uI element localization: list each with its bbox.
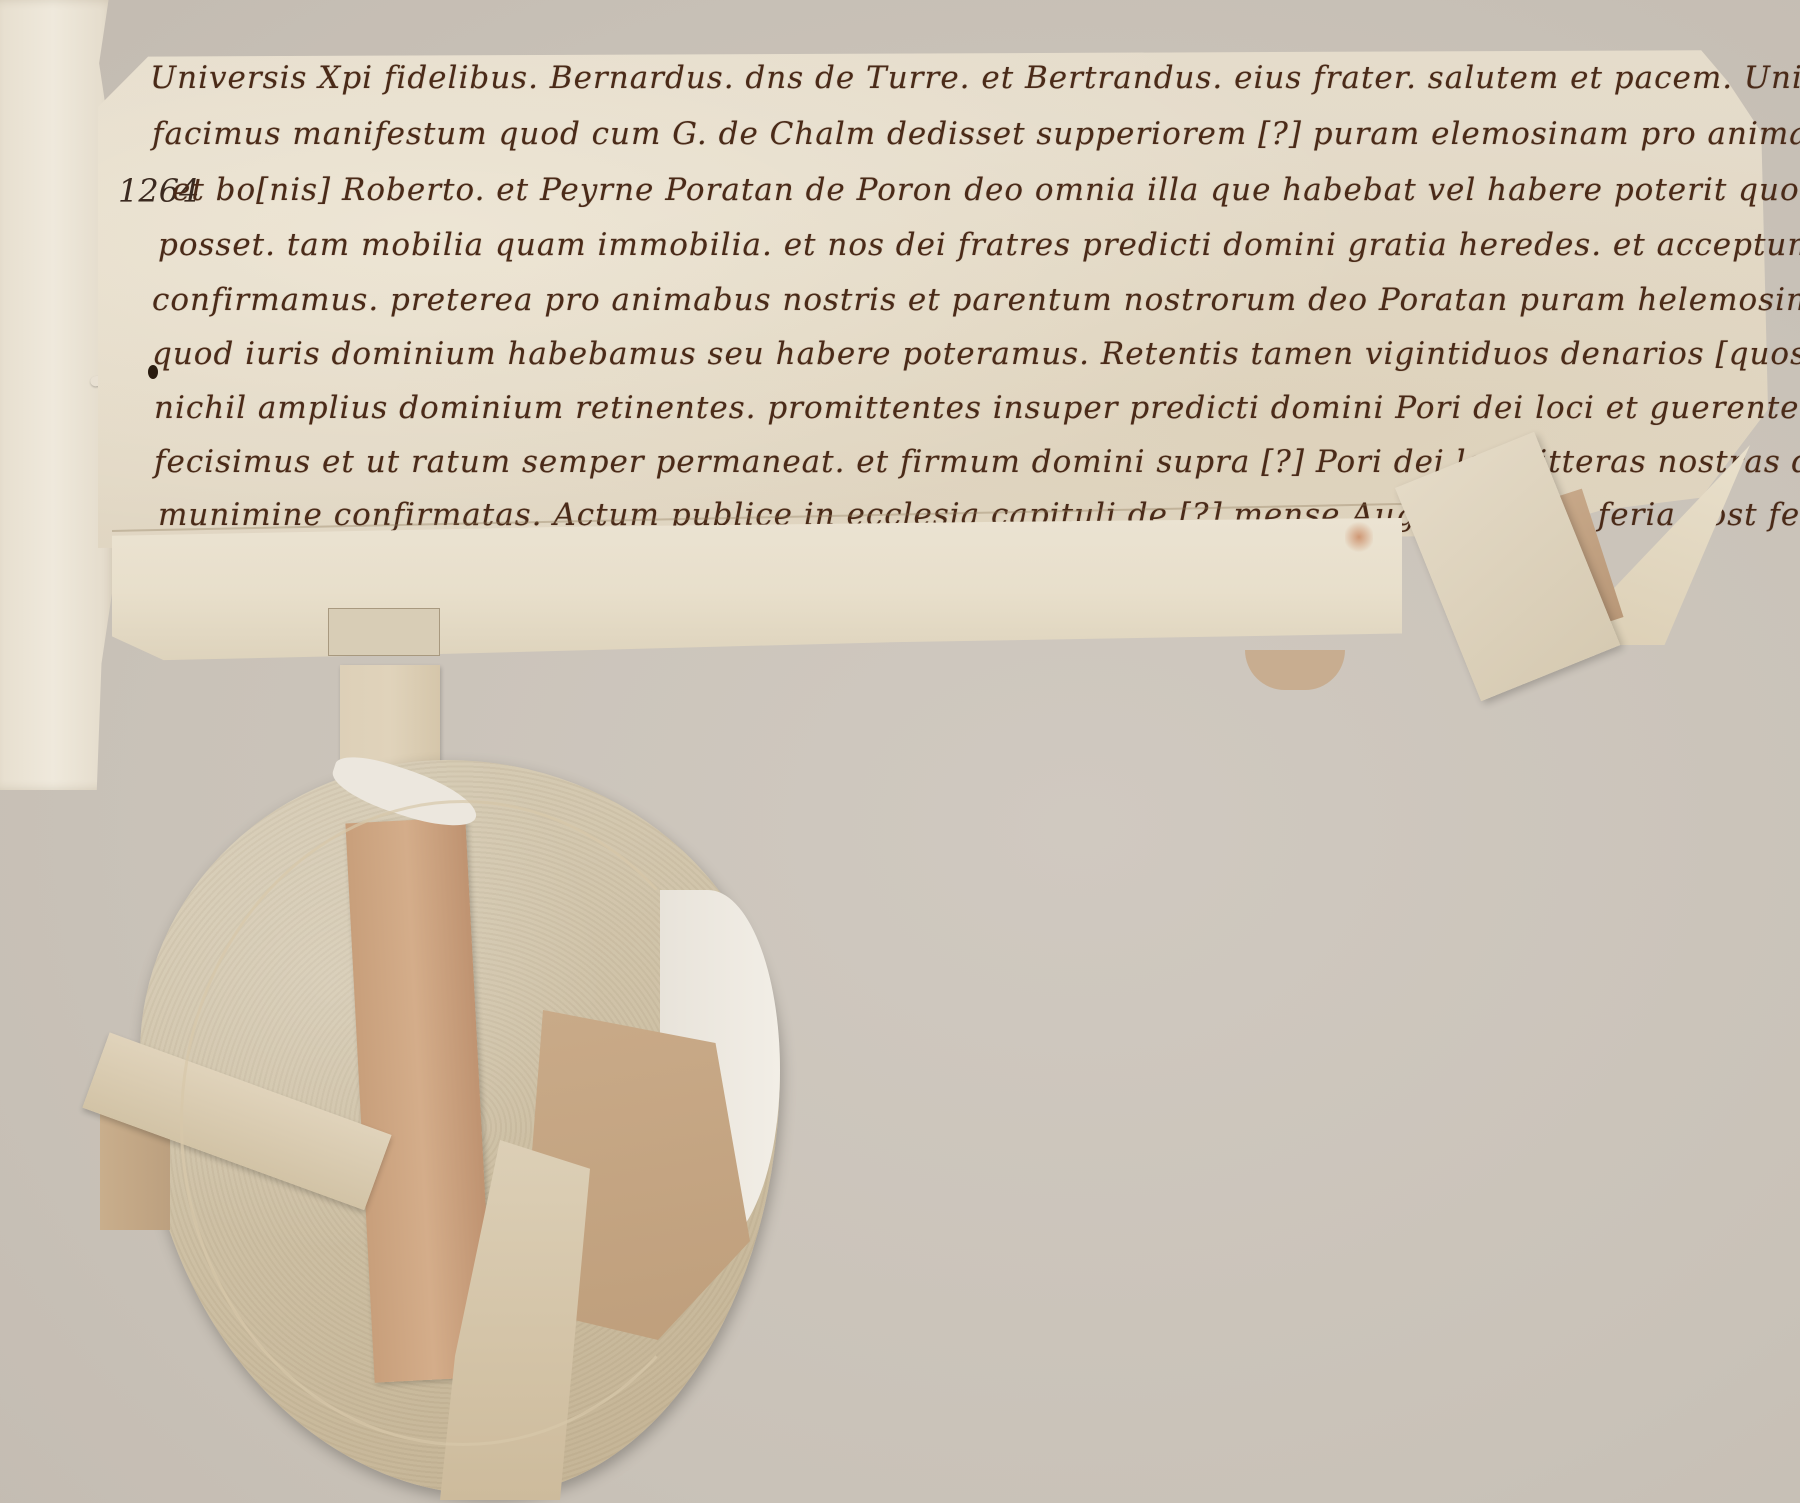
text-line-1: Universis Xpi fidelibus. Bernardus. dns … bbox=[150, 60, 1800, 96]
text-line-8: fecisimus et ut ratum semper permaneat. … bbox=[154, 444, 1800, 480]
text-line-6: quod iuris dominium habebamus seu habere… bbox=[152, 336, 1800, 372]
text-line-4: posset. tam mobilia quam immobilia. et n… bbox=[158, 227, 1800, 263]
text-line-5: confirmamus. preterea pro animabus nostr… bbox=[152, 282, 1800, 318]
text-line-2: facimus manifestum quod cum G. de Chalm … bbox=[152, 116, 1800, 152]
text-line-3: et bo[nis] Roberto. et Peyrne Poratan de… bbox=[172, 172, 1800, 208]
seal-cord bbox=[180, 800, 746, 1446]
plica-fold bbox=[112, 518, 1402, 666]
folded-tab-under bbox=[1245, 650, 1345, 690]
text-line-7: nichil amplius dominium retinentes. prom… bbox=[154, 390, 1800, 426]
rust-stain bbox=[1345, 520, 1373, 554]
seal-tag-slit bbox=[328, 608, 440, 656]
